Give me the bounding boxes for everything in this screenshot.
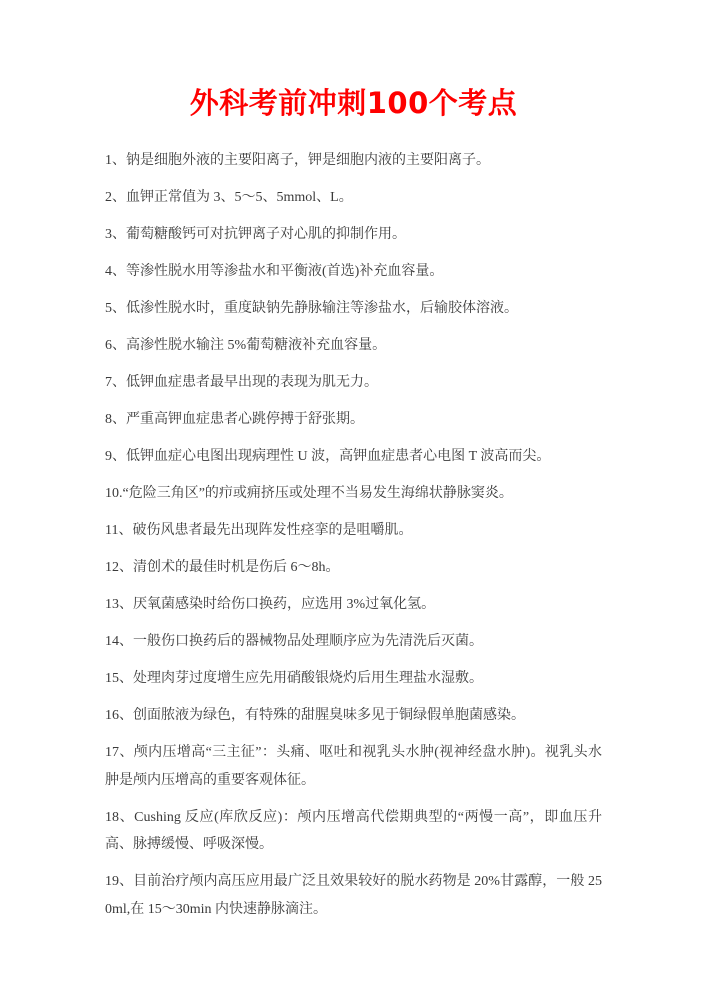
exam-point-19: 19、目前治疗颅内高压应用最广泛且效果较好的脱水药物是 20%甘露醇，一般 25…: [105, 868, 602, 923]
page-title-part1: 外科考前: [190, 88, 308, 120]
exam-point-7: 7、低钾血症患者最早出现的表现为肌无力。: [105, 369, 602, 397]
exam-point-5: 5、低渗性脱水时，重度缺钠先静脉输注等渗盐水，后输胶体溶液。: [105, 295, 602, 323]
exam-point-13: 13、厌氧菌感染时给伤口换药，应选用 3%过氧化氢。: [105, 591, 602, 619]
page-title-part2: 冲刺100个考点: [308, 86, 518, 120]
document-content: 外科考前冲刺100个考点 1、钠是细胞外液的主要阳离子，钾是细胞内液的主要阳离子…: [0, 0, 707, 923]
page-title: 外科考前冲刺100个考点: [105, 86, 602, 121]
exam-point-2: 2、血钾正常值为 3、5～5、5mmol、L。: [105, 184, 602, 212]
exam-point-9: 9、低钾血症心电图出现病理性 U 波，高钾血症患者心电图 T 波高而尖。: [105, 443, 602, 471]
exam-point-11: 11、破伤风患者最先出现阵发性痉挛的是咀嚼肌。: [105, 517, 602, 545]
exam-point-4: 4、等渗性脱水用等渗盐水和平衡液(首选)补充血容量。: [105, 258, 602, 286]
exam-point-16: 16、创面脓液为绿色，有特殊的甜腥臭味多见于铜绿假单胞菌感染。: [105, 702, 602, 730]
exam-point-3: 3、葡萄糖酸钙可对抗钾离子对心肌的抑制作用。: [105, 221, 602, 249]
exam-point-15: 15、处理肉芽过度增生应先用硝酸银烧灼后用生理盐水湿敷。: [105, 665, 602, 693]
exam-point-18: 18、Cushing 反应(库欣反应)：颅内压增高代偿期典型的“两慢一高”，即血…: [105, 804, 602, 859]
exam-point-14: 14、一般伤口换药后的器械物品处理顺序应为先清洗后灭菌。: [105, 628, 602, 656]
exam-point-8: 8、严重高钾血症患者心跳停搏于舒张期。: [105, 406, 602, 434]
exam-point-17: 17、颅内压增高“三主征”：头痛、呕吐和视乳头水肿(视神经盘水肿)。视乳头水肿是…: [105, 739, 602, 794]
exam-point-10: 10.“危险三角区”的疖或痈挤压或处理不当易发生海绵状静脉窦炎。: [105, 480, 602, 508]
exam-point-6: 6、高渗性脱水输注 5%葡萄糖液补充血容量。: [105, 332, 602, 360]
exam-point-1: 1、钠是细胞外液的主要阳离子，钾是细胞内液的主要阳离子。: [105, 147, 602, 175]
exam-point-12: 12、清创术的最佳时机是伤后 6～8h。: [105, 554, 602, 582]
document-page: 外科考前冲刺100个考点 1、钠是细胞外液的主要阳离子，钾是细胞内液的主要阳离子…: [0, 0, 707, 999]
